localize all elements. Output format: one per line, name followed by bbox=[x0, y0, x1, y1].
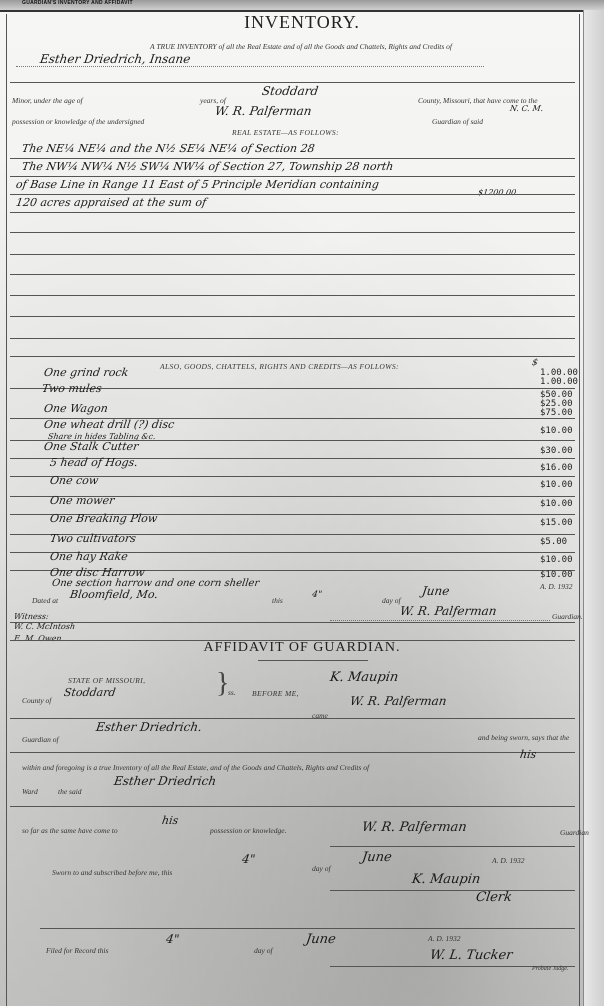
guardian-label: Guardian. bbox=[552, 612, 583, 621]
inventory-title: INVENTORY. bbox=[0, 12, 604, 33]
ruled-line bbox=[10, 158, 575, 159]
currency-mark: $ bbox=[531, 358, 538, 368]
so-far-label: so far as the same have come to bbox=[22, 826, 118, 835]
ruled-line bbox=[10, 212, 575, 213]
divider bbox=[40, 928, 575, 929]
came-name: W. R. Palferman bbox=[349, 694, 448, 708]
possession-label: possession or knowledge of the undersign… bbox=[12, 117, 144, 126]
minor-age-label: Minor, under the age of bbox=[12, 96, 83, 105]
goods-item: Two mules bbox=[41, 382, 102, 395]
guardian-name: W. R. Palferman bbox=[214, 104, 313, 118]
ruled-line bbox=[10, 194, 575, 195]
affidavit-county: Stoddard bbox=[63, 686, 116, 699]
sworn-says-label: and being sworn, says that the bbox=[478, 733, 569, 742]
ruled-line bbox=[10, 295, 575, 296]
goods-heading: ALSO, GOODS, CHATTELS, RIGHTS AND CREDIT… bbox=[160, 362, 399, 371]
goods-item: One grind rock bbox=[43, 366, 129, 379]
the-said-label: the said bbox=[58, 787, 82, 796]
ruled-line bbox=[10, 176, 575, 177]
divider bbox=[10, 806, 575, 807]
sworn-month: June bbox=[361, 850, 393, 865]
goods-item: One mower bbox=[49, 494, 115, 507]
clerk-signature: K. Maupin bbox=[411, 872, 481, 887]
filed-day-of-label: day of bbox=[254, 946, 273, 955]
goods-value: $16.00 bbox=[540, 463, 573, 473]
guardian-of-value: Esther Driedrich. bbox=[95, 720, 203, 734]
ward-name: Esther Driedrich bbox=[113, 774, 217, 788]
goods-value: $10.00 bbox=[540, 499, 573, 509]
before-me-label: BEFORE ME, bbox=[252, 689, 299, 698]
divider bbox=[10, 82, 575, 83]
real-estate-line: of Base Line in Range 11 East of 5 Princ… bbox=[15, 178, 380, 191]
filed-ad: A. D. 1932 bbox=[428, 934, 461, 943]
divider bbox=[10, 752, 575, 753]
county-value: Stoddard bbox=[261, 84, 319, 98]
real-estate-heading: REAL ESTATE—AS FOLLOWS: bbox=[232, 128, 339, 137]
county-label: County of bbox=[22, 696, 51, 705]
ad-year: A. D. 1932 bbox=[540, 582, 573, 591]
guardian-label: Guardian bbox=[560, 828, 589, 837]
sworn-day: 4" bbox=[241, 852, 256, 866]
form-header-label: GUARDIAN'S INVENTORY AND AFFIDAVIT bbox=[22, 0, 133, 6]
real-estate-value: $1200.00 bbox=[477, 188, 516, 197]
affidavit-title: AFFIDAVIT OF GUARDIAN. bbox=[0, 640, 604, 656]
goods-value: $10.00 bbox=[540, 570, 573, 580]
filed-day: 4" bbox=[165, 932, 180, 946]
within-text: within and foregoing is a true Inventory… bbox=[22, 763, 369, 772]
inventory-intro: A TRUE INVENTORY of all the Real Estate … bbox=[150, 42, 452, 51]
goods-value: $30.00 bbox=[540, 446, 573, 456]
ruled-line bbox=[10, 232, 575, 233]
affidavit-guardian-signature: W. R. Palferman bbox=[361, 820, 468, 835]
judge-label: Probate Judge. bbox=[532, 966, 568, 972]
state-label: STATE OF MISSOURI, bbox=[68, 676, 145, 685]
judge-signature: W. L. Tucker bbox=[429, 948, 513, 963]
sworn-label: Sworn to and subscribed before me, this bbox=[52, 868, 172, 877]
form-header-strip: GUARDIAN'S INVENTORY AND AFFIDAVIT bbox=[0, 0, 604, 12]
guardian-of-label: Guardian of bbox=[22, 735, 59, 744]
goods-item: One cow bbox=[49, 474, 99, 487]
dated-label: Dated at bbox=[32, 596, 58, 605]
goods-item: One wheat drill (?) disc bbox=[43, 418, 175, 431]
dated-place: Bloomfield, Mo. bbox=[69, 588, 159, 601]
filed-label: Filed for Record this bbox=[46, 946, 108, 955]
guardian-of-insert: N. C. M. bbox=[509, 104, 543, 113]
document-page: GUARDIAN'S INVENTORY AND AFFIDAVIT INVEN… bbox=[0, 0, 604, 1006]
ruled-line bbox=[10, 274, 575, 275]
filed-month: June bbox=[305, 932, 337, 947]
day-of-label: day of bbox=[382, 596, 401, 605]
guardian-of-label: Guardian of said bbox=[432, 117, 483, 126]
goods-value: $10.00 bbox=[540, 480, 573, 490]
ruled-line bbox=[10, 356, 575, 357]
clerk-title: Clerk bbox=[475, 890, 513, 905]
credits-of-value: his bbox=[519, 748, 537, 761]
signature-line bbox=[330, 620, 550, 621]
goods-value: 1.00.00 bbox=[540, 377, 578, 387]
witness-label: Witness: bbox=[13, 612, 49, 621]
goods-item: One hay Rake bbox=[49, 550, 129, 563]
ruled-line bbox=[10, 254, 575, 255]
divider bbox=[10, 622, 575, 623]
before-me-name: K. Maupin bbox=[329, 670, 399, 685]
goods-item: Two cultivators bbox=[49, 532, 137, 545]
ruled-line bbox=[10, 316, 575, 317]
ward-name: Esther Driedrich, Insane bbox=[39, 52, 191, 66]
goods-value: $10.00 bbox=[540, 555, 573, 565]
goods-value: $75.00 bbox=[540, 408, 573, 418]
day-of-label: day of bbox=[312, 864, 331, 873]
ward-label: Ward bbox=[22, 787, 38, 796]
goods-item: One Wagon bbox=[43, 402, 109, 415]
guardian-signature: W. R. Palferman bbox=[399, 604, 498, 618]
possession-label: possession or knowledge. bbox=[210, 826, 286, 835]
signature-line bbox=[330, 846, 575, 847]
ss-label: ss. bbox=[228, 688, 236, 697]
ruled-line bbox=[10, 338, 575, 339]
goods-item: 5 head of Hogs. bbox=[49, 456, 139, 469]
witness-name: W. C. McIntosh bbox=[13, 622, 75, 631]
this-label: this bbox=[272, 596, 283, 605]
ward-name-line bbox=[16, 66, 484, 67]
goods-item: One Stalk Cutter bbox=[43, 440, 139, 453]
goods-value: $15.00 bbox=[540, 518, 573, 528]
dated-day: 4" bbox=[311, 590, 322, 600]
sworn-ad: A. D. 1932 bbox=[492, 856, 525, 865]
goods-item: One Breaking Plow bbox=[49, 512, 158, 525]
goods-value: $5.00 bbox=[540, 537, 567, 547]
divider bbox=[10, 718, 575, 719]
possession-pronoun: his bbox=[161, 814, 179, 827]
real-estate-line: The NE¼ NE¼ and the N½ SE¼ NE¼ of Sectio… bbox=[21, 142, 315, 155]
page-edge bbox=[583, 10, 604, 1006]
real-estate-line: 120 acres appraised at the sum of bbox=[15, 196, 207, 209]
goods-value: $10.00 bbox=[540, 426, 573, 436]
dated-month: June bbox=[421, 584, 450, 598]
signature-line bbox=[330, 890, 575, 891]
title-underline bbox=[258, 660, 368, 661]
real-estate-line: The NW¼ NW¼ N½ SW¼ NW¼ of Section 27, To… bbox=[21, 160, 394, 173]
